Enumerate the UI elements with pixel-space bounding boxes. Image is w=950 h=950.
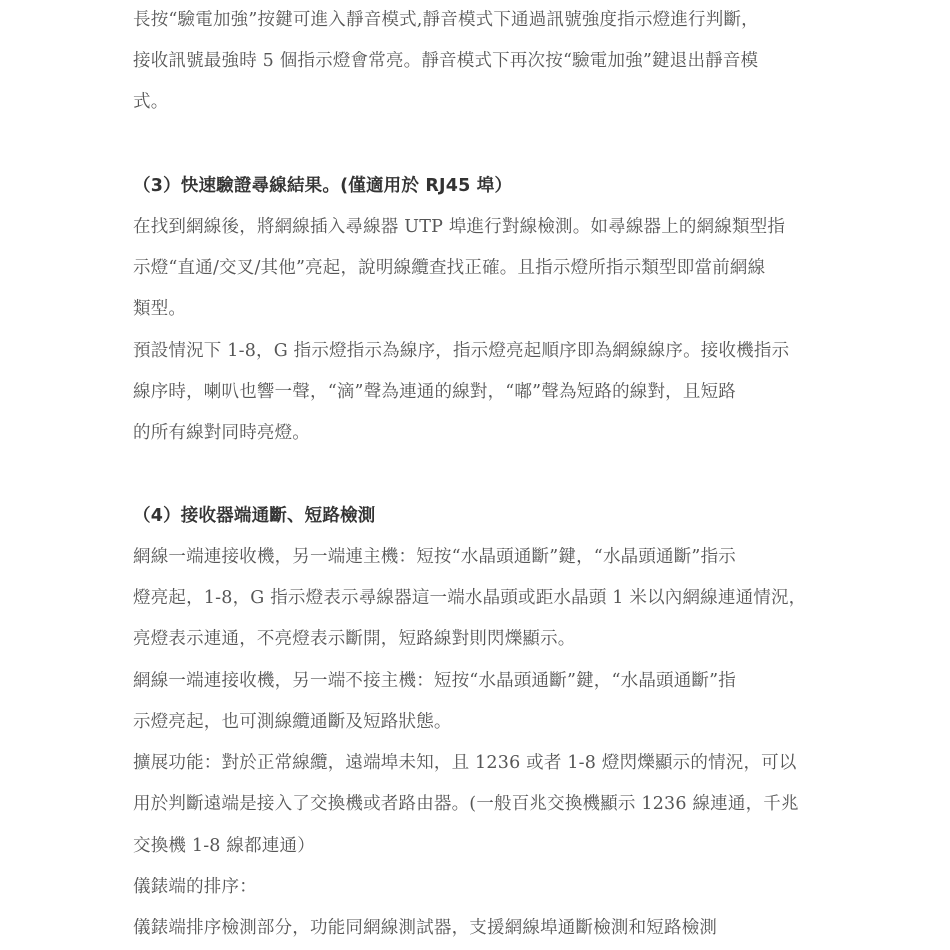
section-4-line-10: 儀錶端排序檢測部分，功能同網線測試器，支援網線埠通斷檢測和短路檢測 [133,916,717,940]
section-4-line-2: 燈亮起，1-8，G 指示燈表示尋線器這一端水晶頭或距水晶頭 1 米以內網線連通情… [133,586,806,610]
section-4-line-4: 網線一端連接收機，另一端不接主機：短按“水晶頭通斷”鍵，“水晶頭通斷”指 [133,669,736,693]
intro-line-2: 接收訊號最強時 5 個指示燈會常亮。靜音模式下再次按“驗電加強”鍵退出靜音模 [133,49,758,73]
section-3-line-1: 在找到網線後，將網線插入尋線器 UTP 埠進行對線檢測。如尋線器上的網線類型指 [133,215,785,239]
section-4-line-6: 擴展功能：對於正常線纜，遠端埠未知，且 1236 或者 1-8 燈閃爍顯示的情況… [133,751,797,775]
section-4-line-5: 示燈亮起，也可測線纜通斷及短路狀態。 [133,710,452,734]
section-3-line-4: 預設情況下 1-8，G 指示燈指示為線序，指示燈亮起順序即為網線線序。接收機指示 [133,339,789,363]
section-3-line-2: 示燈“直通/交叉/其他”亮起，說明線纜查找正確。且指示燈所指示類型即當前網線 [133,256,765,280]
section-3-line-6: 的所有線對同時亮燈。 [133,421,310,445]
intro-line-1: 長按“驗電加強”按鍵可進入靜音模式,靜音模式下通過訊號強度指示燈進行判斷， [133,8,759,32]
section-4-line-1: 網線一端連接收機，另一端連主機：短按“水晶頭通斷”鍵，“水晶頭通斷”指示 [133,545,736,569]
section-4-line-3: 亮燈表示連通，不亮燈表示斷開，短路線對則閃爍顯示。 [133,627,576,651]
section-3-heading: （3）快速驗證尋線結果。(僅適用於 RJ45 埠） [133,174,512,198]
section-4-heading: （4）接收器端通斷、短路檢測 [133,504,375,528]
section-4-line-8: 交換機 1-8 線都連通） [133,834,315,858]
section-4-line-7: 用於判斷遠端是接入了交換機或者路由器。(一般百兆交換機顯示 1236 線連通，千… [133,792,799,816]
section-3-line-5: 線序時，喇叭也響一聲，“滴”聲為連通的線對，“嘟”聲為短路的線對，且短路 [133,380,736,404]
section-4-line-9: 儀錶端的排序： [133,875,257,899]
intro-line-3: 式。 [133,90,168,114]
section-3-line-3: 類型。 [133,297,186,321]
